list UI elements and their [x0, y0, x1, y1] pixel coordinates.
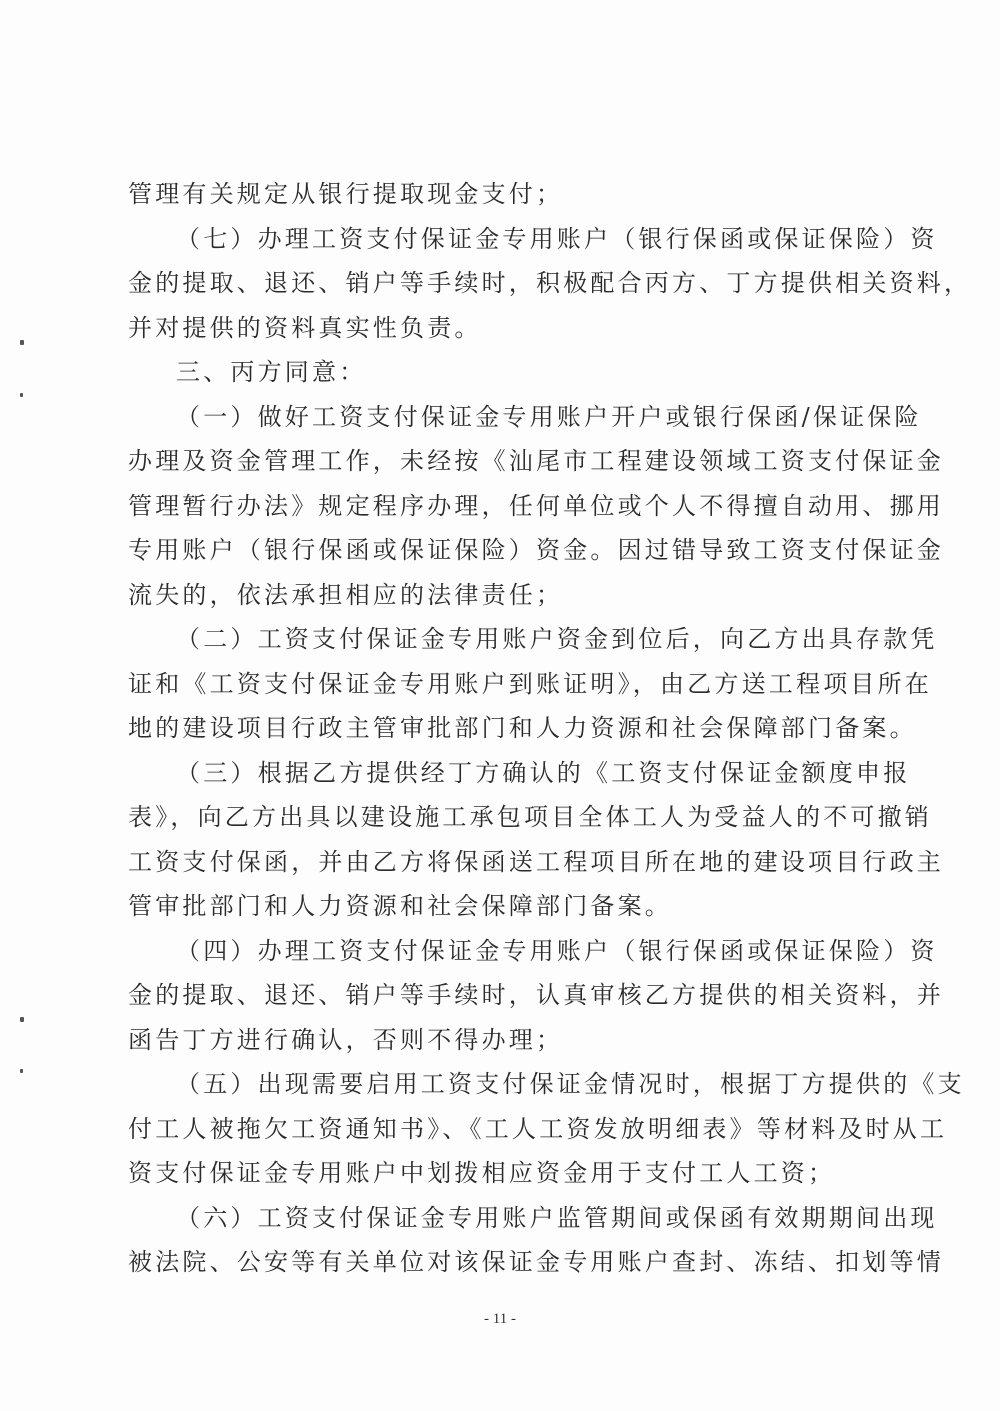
text-line: 被法院、公安等有关单位对该保证金专用账户查封、冻结、扣划等情	[128, 1240, 882, 1285]
text-line: 表》，向乙方出具以建设施工承包项目全体工人为受益人的不可撤销	[128, 795, 882, 840]
binding-mark-top-dot	[20, 393, 23, 397]
text-line: 专用账户（银行保函或保证保险）资金。因过错导致工资支付保证金	[128, 528, 882, 573]
document-page: 管理有关规定从银行提取现金支付； （七）办理工资支付保证金专用账户（银行保函或保…	[0, 0, 1000, 1411]
text-line: （五）出现需要启用工资支付保证金情况时，根据丁方提供的《支	[128, 1062, 882, 1107]
text-line: 金的提取、退还、销户等手续时，积极配合丙方、丁方提供相关资料，	[128, 261, 882, 306]
text-line: （一）做好工资支付保证金专用账户开户或银行保函/保证保险	[128, 395, 882, 440]
body-text: 管理有关规定从银行提取现金支付； （七）办理工资支付保证金专用账户（银行保函或保…	[128, 172, 882, 1285]
text-line: （二）工资支付保证金专用账户资金到位后，向乙方出具存款凭	[128, 617, 882, 662]
text-line: 管理暂行办法》规定程序办理，任何单位或个人不得擅自动用、挪用	[128, 484, 882, 529]
text-line: 资支付保证金专用账户中划拨相应资金用于支付工人工资；	[128, 1151, 882, 1196]
text-line: 流失的，依法承担相应的法律责任；	[128, 573, 882, 618]
text-line: 管理有关规定从银行提取现金支付；	[128, 172, 882, 217]
text-line: （三）根据乙方提供经丁方确认的《工资支付保证金额度申报	[128, 751, 882, 796]
text-line: 并对提供的资料真实性负责。	[128, 306, 882, 351]
text-line: 工资支付保函，并由乙方将保函送工程项目所在地的建设项目行政主	[128, 840, 882, 885]
text-line: 管审批部门和人力资源和社会保障部门备案。	[128, 884, 882, 929]
text-line: 证和《工资支付保证金专用账户到账证明》，由乙方送工程项目所在	[128, 662, 882, 707]
page-number: - 11 -	[0, 1311, 1000, 1328]
binding-mark-bottom-dot	[20, 1069, 23, 1073]
text-line: （六）工资支付保证金专用账户监管期间或保函有效期期间出现	[128, 1196, 882, 1241]
text-line: 付工人被拖欠工资通知书》、《工人工资发放明细表》等材料及时从工	[128, 1107, 882, 1152]
section-heading: 三、丙方同意：	[128, 350, 882, 395]
binding-mark-bottom	[20, 1017, 24, 1022]
text-line: （七）办理工资支付保证金专用账户（银行保函或保证保险）资	[128, 217, 882, 262]
text-line: 函告丁方进行确认，否则不得办理；	[128, 1018, 882, 1063]
text-line: 办理及资金管理工作，未经按《汕尾市工程建设领域工资支付保证金	[128, 439, 882, 484]
text-line: 地的建设项目行政主管审批部门和人力资源和社会保障部门备案。	[128, 706, 882, 751]
text-line: （四）办理工资支付保证金专用账户（银行保函或保证保险）资	[128, 929, 882, 974]
binding-mark-top	[20, 340, 24, 345]
text-line: 金的提取、退还、销户等手续时，认真审核乙方提供的相关资料，并	[128, 973, 882, 1018]
